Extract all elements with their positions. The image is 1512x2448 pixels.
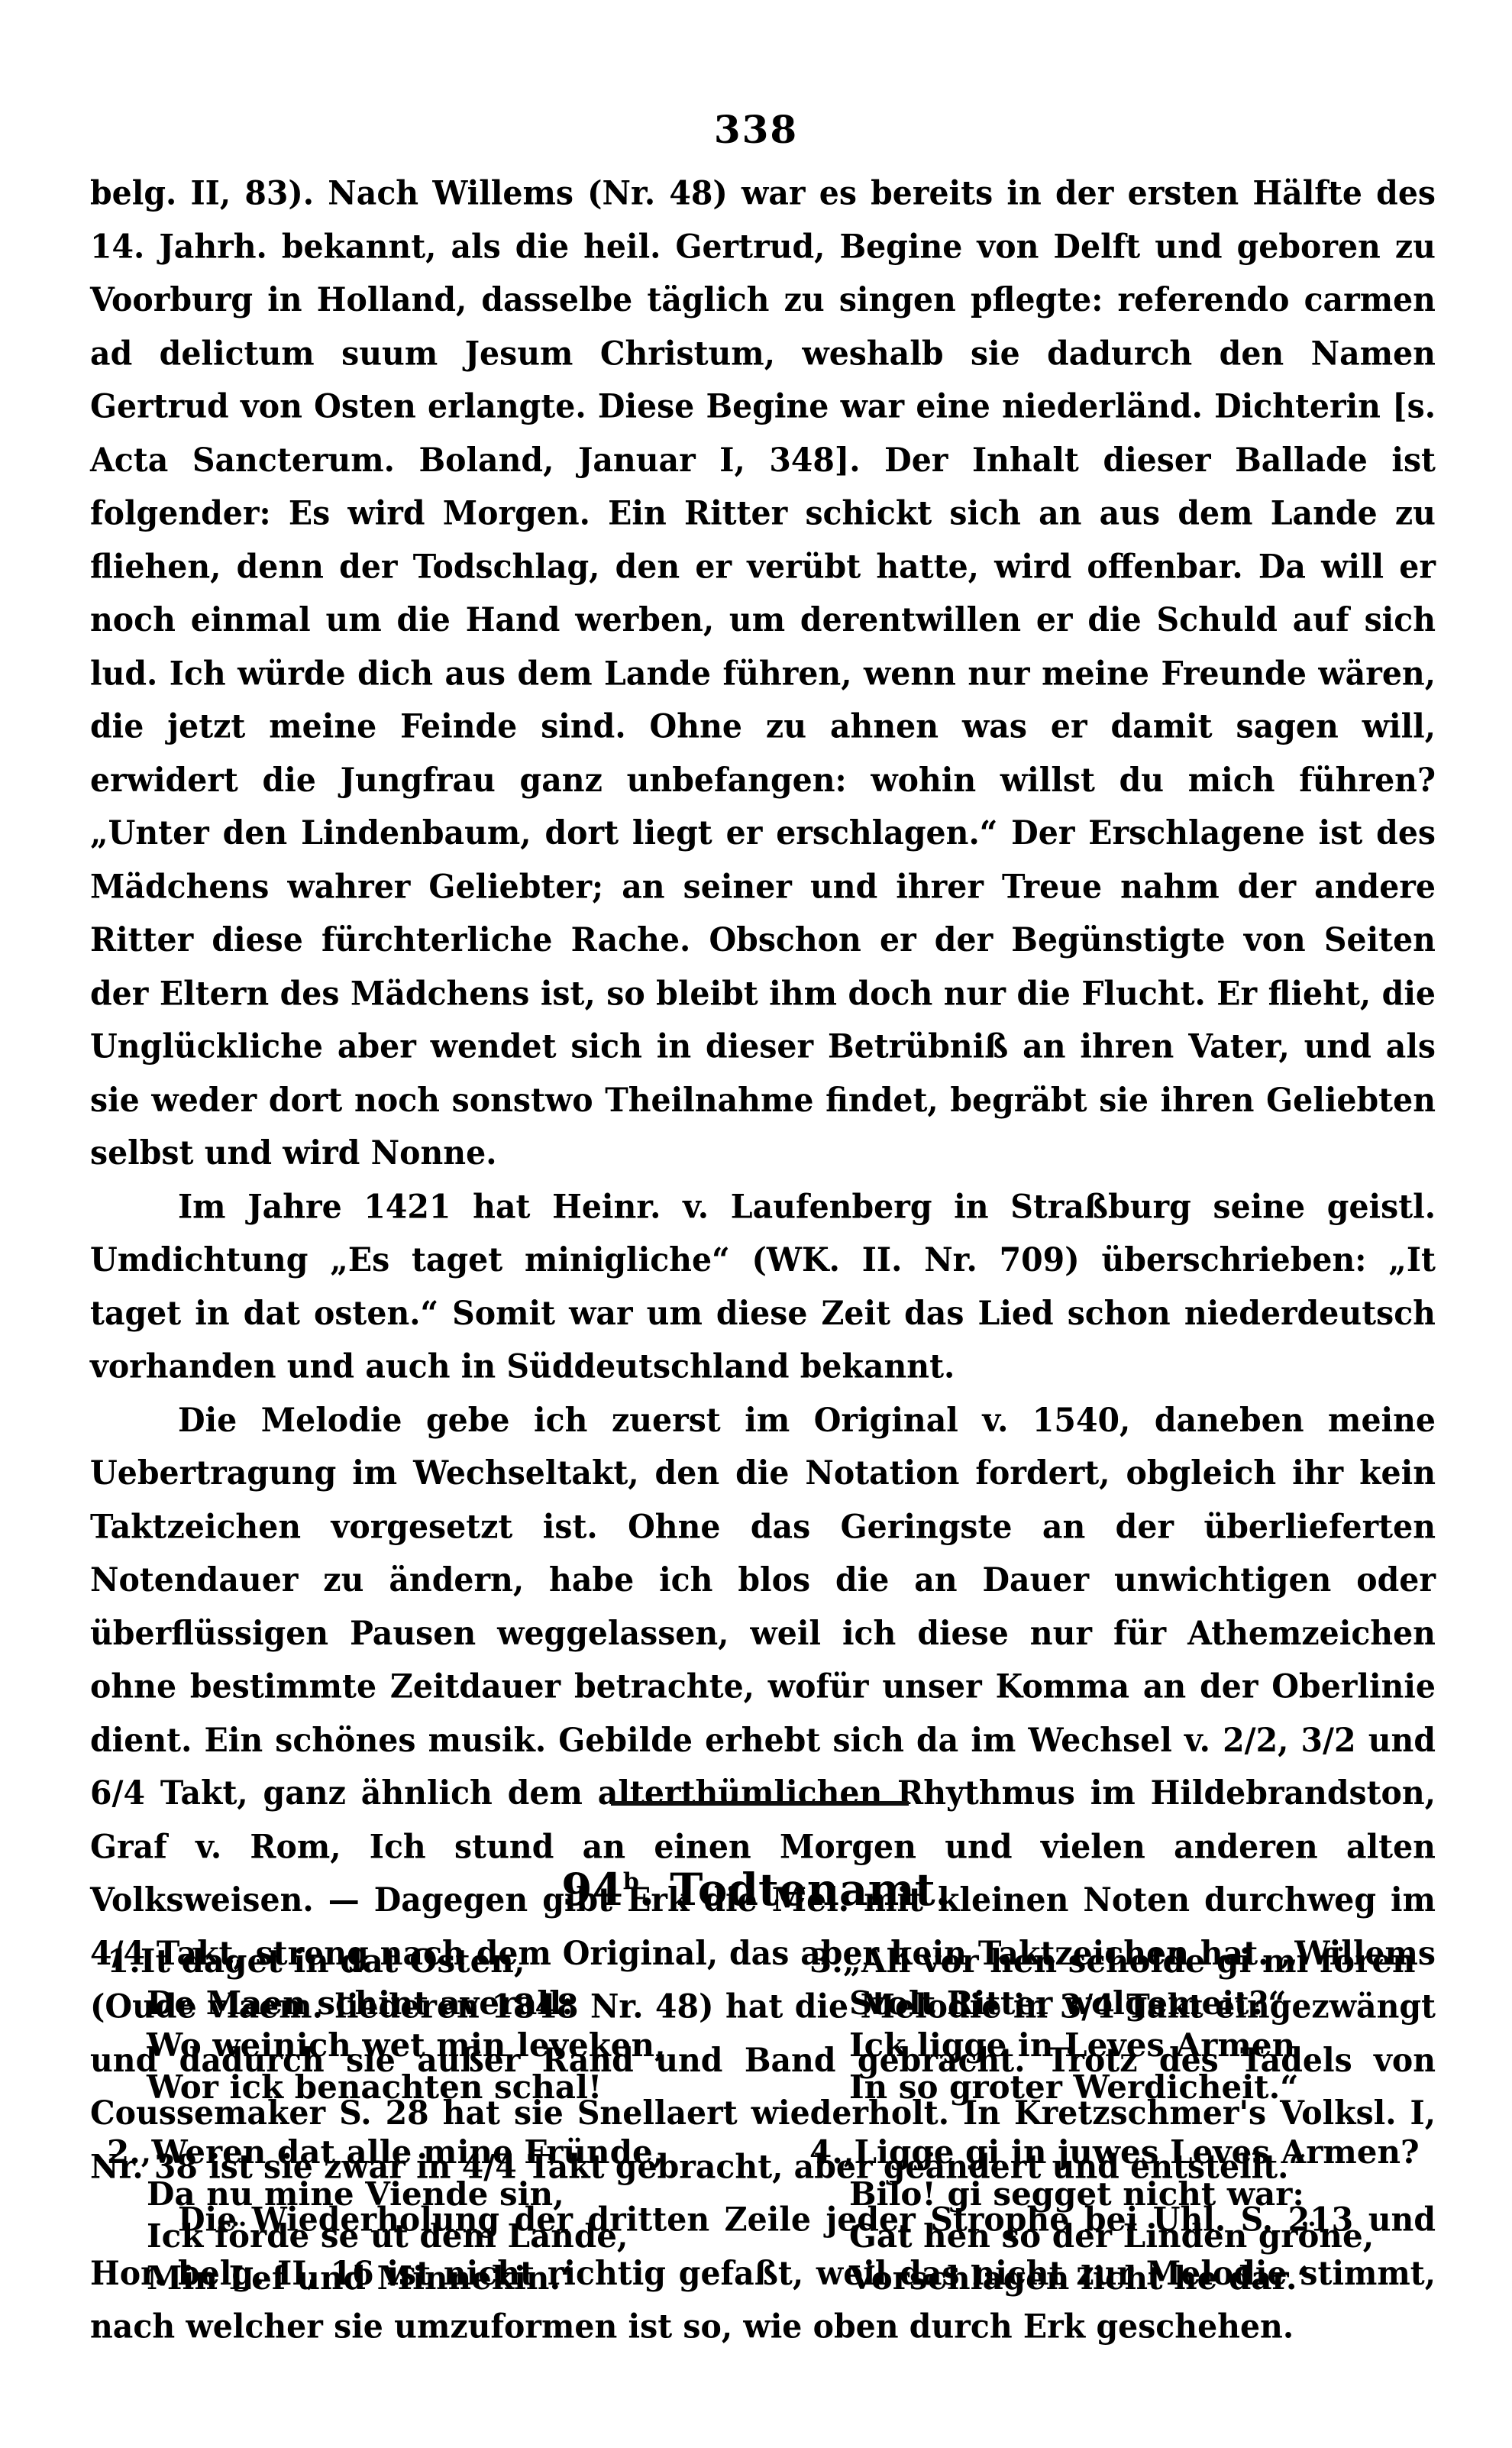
stanza-line: 1.It daget in dat Osten,	[107, 1940, 666, 1982]
stanza-line: Wo weinich wet min leveken,	[107, 2024, 666, 2066]
stanza-line: In so groter Werdicheit.“	[809, 2066, 1416, 2108]
song-title: Todtenamt.	[670, 1864, 951, 1916]
section-divider	[611, 1801, 909, 1806]
commentary-paragraph-2: Im Jahre 1421 hat Heinr. v. Laufenberg i…	[90, 1180, 1436, 1393]
stanza-line: Bilo! gi segget nicht war:	[809, 2173, 1420, 2215]
stanza-line: 2.‚Weren dat alle mine Fründe,	[107, 2131, 664, 2173]
stanza-line: 3.„All vor hen scholde gi mi fören	[809, 1940, 1416, 1982]
stanza-4: 4.‚Ligge gi in juwes Leves Armen? Bilo! …	[809, 2131, 1420, 2299]
stanza-1: 1.It daget in dat Osten, De Maen schint …	[107, 1940, 666, 2108]
stanza-line: Stolt Ritter wolgemeit?“	[809, 1982, 1416, 2024]
song-number: 94	[561, 1864, 623, 1916]
page-number: 338	[0, 107, 1512, 152]
stanza-line: Min Lef und Minnekin.‘	[107, 2257, 664, 2299]
stanza-line: 4.‚Ligge gi in juwes Leves Armen?	[809, 2131, 1420, 2173]
stanza-line: Ick ligge in Leves Armen	[809, 2024, 1416, 2066]
stanza-2: 2.‚Weren dat alle mine Fründe, Da nu min…	[107, 2131, 664, 2299]
stanza-3: 3.„All vor hen scholde gi mi fören Stolt…	[809, 1940, 1416, 2108]
stanza-line: Da nu mine Viende sin,	[107, 2173, 664, 2215]
stanza-line: De Maen schint averall:	[107, 1982, 666, 2024]
stanza-line: Ick förde se ut dem Lande,	[107, 2215, 664, 2257]
song-heading: 94b. Todtenamt.	[0, 1864, 1512, 1916]
song-number-suffix: b	[623, 1869, 639, 1896]
stanza-line: Gat hen so der Linden gröne,	[809, 2215, 1420, 2257]
stanza-line: Wor ick benachten schal!	[107, 2066, 666, 2108]
commentary-paragraph-1: belg. II, 83). Nach Willems (Nr. 48) war…	[90, 167, 1436, 1180]
stanza-line: Vorschlagen licht he dar.‘	[809, 2257, 1420, 2299]
